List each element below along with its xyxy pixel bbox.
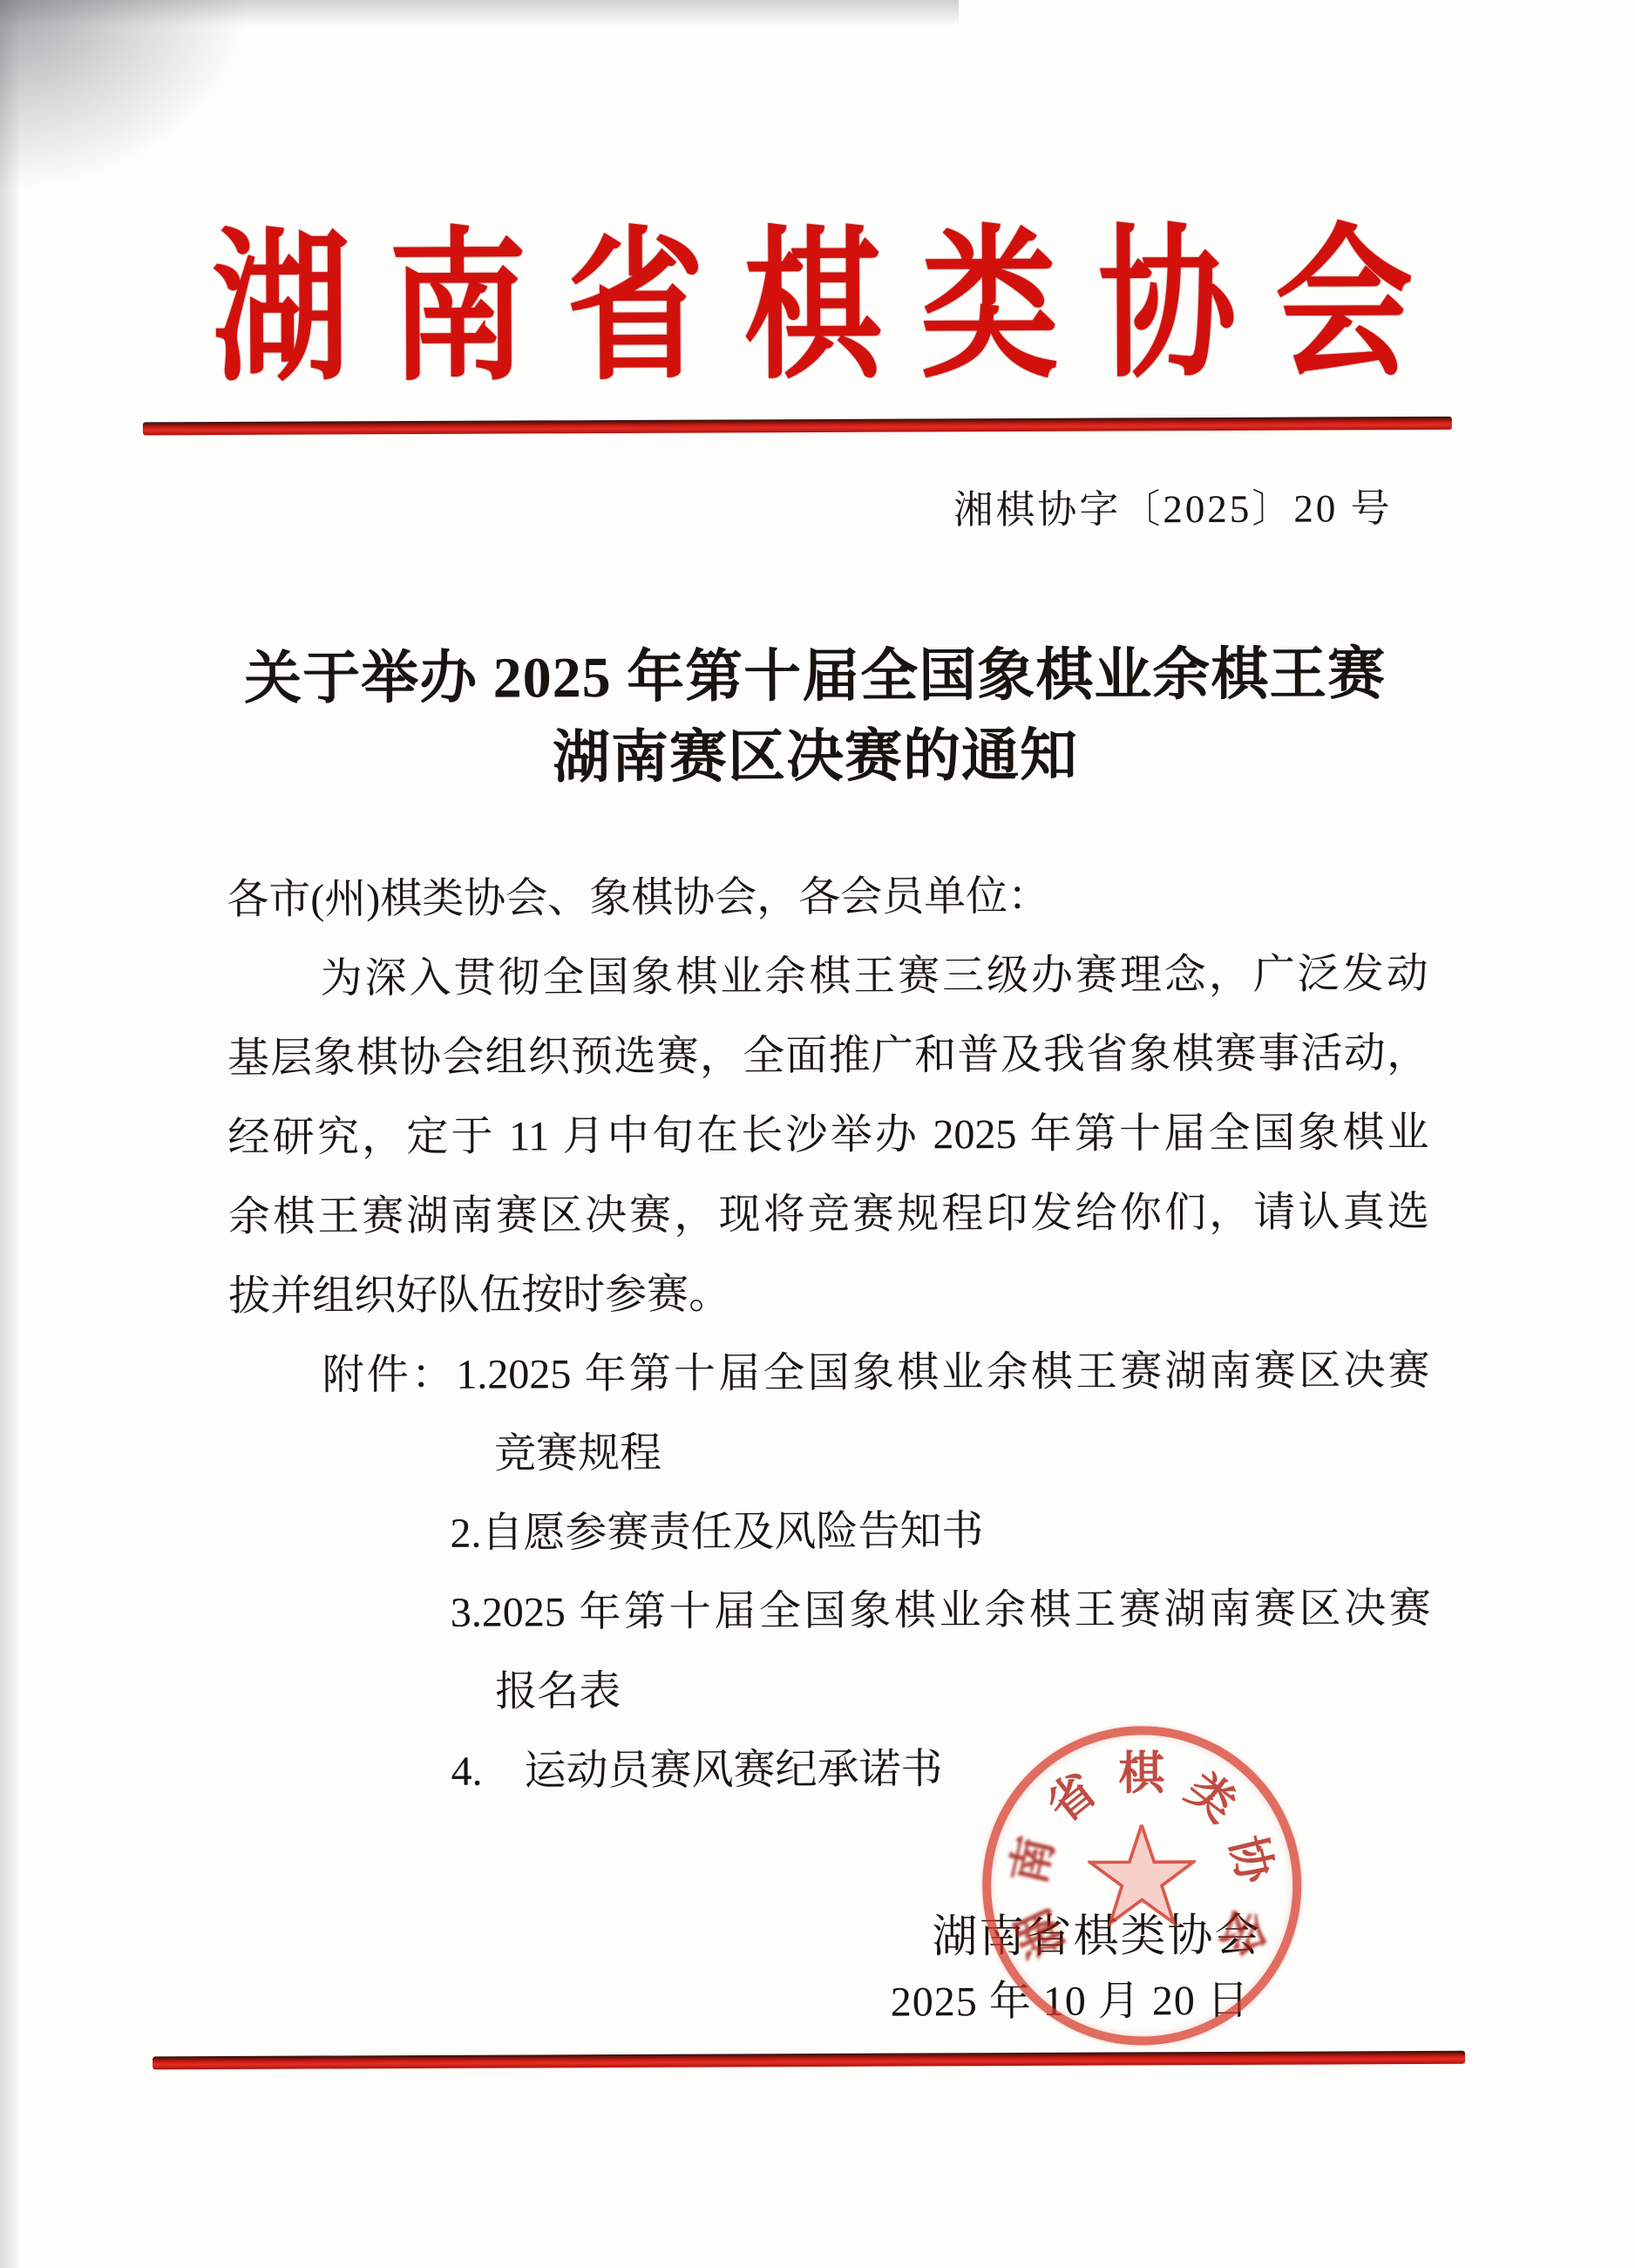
notice-title-line-1: 关于举办 2025 年第十届全国象棋业余棋王赛: [161, 635, 1469, 721]
letterhead-char: 南: [389, 219, 527, 398]
body-line: 余棋王赛湖南赛区决赛，现将竞赛规程印发给你们，请认真选: [228, 1172, 1429, 1257]
footer-rule: [153, 2051, 1465, 2070]
letterhead-char: 省: [566, 219, 705, 398]
body-line: 基层象棋协会组织预选赛，全面推广和普及我省象棋赛事活动，: [227, 1014, 1428, 1098]
letterhead-char: 类: [920, 217, 1059, 397]
body-line: 经研究，定于 11 月中旬在长沙举办 2025 年第十届全国象棋业: [227, 1093, 1428, 1178]
notice-title: 关于举办 2025 年第十届全国象棋业余棋王赛 湖南赛区决赛的通知: [161, 635, 1469, 801]
notice-title-line-2: 湖南赛区决赛的通知: [161, 715, 1469, 801]
attachment-line: 2.自愿参赛责任及风险告知书: [229, 1490, 1430, 1574]
signature-date: 2025 年 10 月 20 日: [891, 1966, 1250, 2028]
signature-org-name: 湖南省棋类协会: [932, 1898, 1261, 1966]
attachment-line: 报名表: [230, 1648, 1431, 1733]
scanned-sheet: 湖 南 省 棋 类 协 会 湘棋协字〔2025〕20 号 关于举办 2025 年…: [0, 0, 1635, 2268]
letterhead-org-name: 湖 南 省 棋 类 协 会: [199, 215, 1427, 399]
letterhead-divider-rule: [143, 417, 1452, 436]
document-page: 湖 南 省 棋 类 协 会 湘棋协字〔2025〕20 号 关于举办 2025 年…: [0, 0, 1635, 2268]
notice-body: 各市(州)棋类协会、象棋协会，各会员单位： 为深入贯彻全国象棋业余棋王赛三级办赛…: [227, 855, 1432, 1812]
attachment-line: 附件：1.2025 年第十届全国象棋业余棋王赛湖南赛区决赛: [228, 1331, 1429, 1416]
body-line: 为深入贯彻全国象棋业余棋王赛三级办赛理念，广泛发动: [227, 934, 1428, 1019]
letterhead-char: 协: [1098, 216, 1237, 396]
body-line: 拔并组织好队伍按时参赛。: [228, 1252, 1429, 1336]
attachment-line: 3.2025 年第十届全国象棋业余棋王赛湖南赛区决赛: [230, 1569, 1431, 1653]
seal-arc-char: 南: [1003, 1830, 1064, 1891]
letterhead-char: 会: [1275, 215, 1414, 395]
attachment-line: 竞赛规程: [229, 1410, 1430, 1495]
salutation-line: 各市(州)棋类协会、象棋协会，各会员单位：: [227, 855, 1428, 940]
letterhead-char: 湖: [212, 220, 350, 399]
letterhead-char: 棋: [743, 218, 882, 397]
attachment-line: 4. 运动员赛风赛纪承诺书: [230, 1728, 1431, 1812]
document-number: 湘棋协字〔2025〕20 号: [953, 476, 1393, 534]
seal-arc-char: 协: [1220, 1829, 1281, 1890]
